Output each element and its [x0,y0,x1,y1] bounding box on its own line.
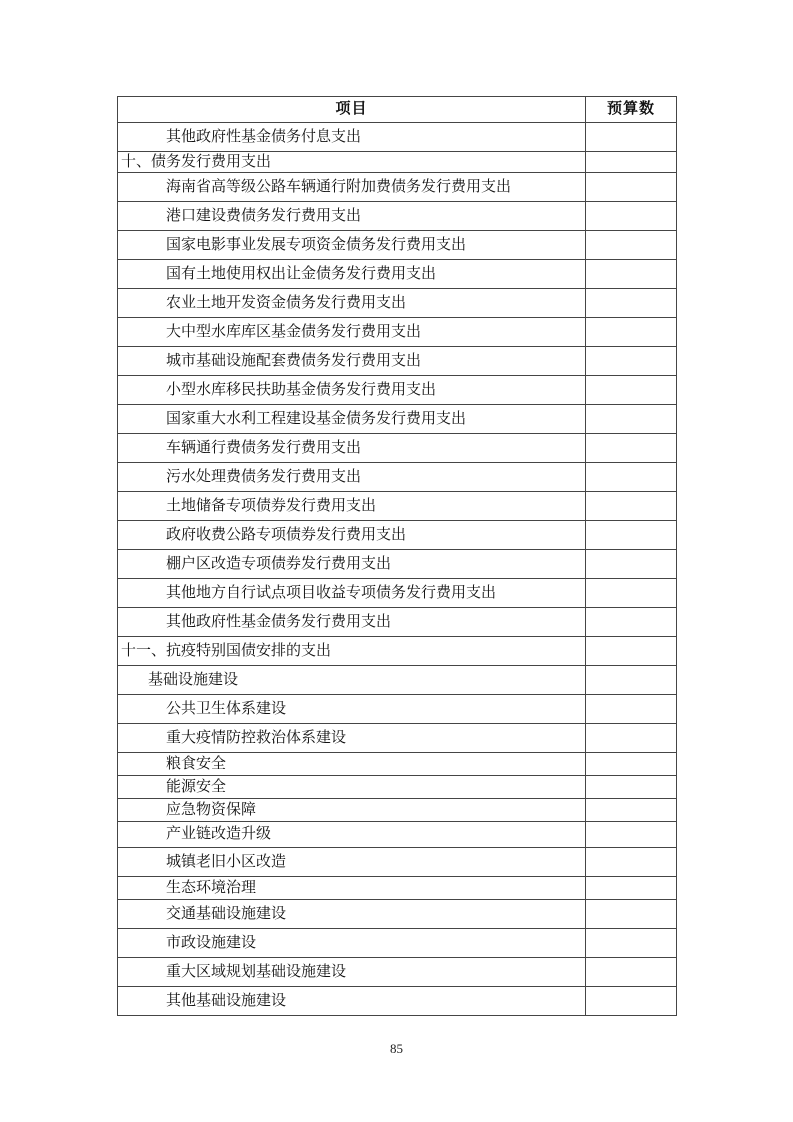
item-cell: 其他政府性基金债务付息支出 [118,123,586,152]
page-number: 85 [0,1041,793,1057]
budget-cell [586,521,677,550]
table-row: 产业链改造升级 [118,822,677,848]
table-row: 车辆通行费债务发行费用支出 [118,434,677,463]
budget-cell [586,202,677,231]
table-row: 国有土地使用权出让金债务发行费用支出 [118,260,677,289]
table-row: 小型水库移民扶助基金债务发行费用支出 [118,376,677,405]
budget-cell [586,753,677,776]
item-cell: 污水处理费债务发行费用支出 [118,463,586,492]
table-row: 重大疫情防控救治体系建设 [118,724,677,753]
budget-cell [586,799,677,822]
budget-cell [586,405,677,434]
budget-cell [586,231,677,260]
budget-cell [586,318,677,347]
item-cell: 国有土地使用权出让金债务发行费用支出 [118,260,586,289]
item-cell: 市政设施建设 [118,929,586,958]
table-row: 其他政府性基金债务付息支出 [118,123,677,152]
budget-cell [586,152,677,173]
budget-cell [586,289,677,318]
budget-cell [586,492,677,521]
table-row: 其他基础设施建设 [118,987,677,1016]
table-row: 交通基础设施建设 [118,900,677,929]
budget-cell [586,123,677,152]
table-row: 基础设施建设 [118,666,677,695]
item-cell: 其他基础设施建设 [118,987,586,1016]
table-row: 应急物资保障 [118,799,677,822]
table-row: 市政设施建设 [118,929,677,958]
budget-cell [586,666,677,695]
table-body: 其他政府性基金债务付息支出十、债务发行费用支出海南省高等级公路车辆通行附加费债务… [118,123,677,1016]
table-row: 港口建设费债务发行费用支出 [118,202,677,231]
document-page: 项目 预算数 其他政府性基金债务付息支出十、债务发行费用支出海南省高等级公路车辆… [0,0,793,1122]
item-cell: 生态环境治理 [118,877,586,900]
item-cell: 政府收费公路专项债券发行费用支出 [118,521,586,550]
item-cell: 港口建设费债务发行费用支出 [118,202,586,231]
item-cell: 农业土地开发资金债务发行费用支出 [118,289,586,318]
table-row: 城镇老旧小区改造 [118,848,677,877]
budget-cell [586,724,677,753]
item-cell: 基础设施建设 [118,666,586,695]
budget-cell [586,848,677,877]
item-cell: 土地储备专项债券发行费用支出 [118,492,586,521]
item-cell: 产业链改造升级 [118,822,586,848]
table-row: 城市基础设施配套费债务发行费用支出 [118,347,677,376]
budget-cell [586,550,677,579]
table-row: 海南省高等级公路车辆通行附加费债务发行费用支出 [118,173,677,202]
budget-cell [586,347,677,376]
budget-cell [586,900,677,929]
budget-cell [586,987,677,1016]
table-row: 生态环境治理 [118,877,677,900]
item-cell: 十、债务发行费用支出 [118,152,586,173]
table-row: 棚户区改造专项债券发行费用支出 [118,550,677,579]
budget-cell [586,173,677,202]
table-row: 能源安全 [118,776,677,799]
item-cell: 能源安全 [118,776,586,799]
budget-cell [586,260,677,289]
item-cell: 国家电影事业发展专项资金债务发行费用支出 [118,231,586,260]
item-cell: 其他地方自行试点项目收益专项债务发行费用支出 [118,579,586,608]
item-cell: 粮食安全 [118,753,586,776]
item-cell: 小型水库移民扶助基金债务发行费用支出 [118,376,586,405]
item-cell: 大中型水库库区基金债务发行费用支出 [118,318,586,347]
table-row: 其他政府性基金债务发行费用支出 [118,608,677,637]
table-header-row: 项目 预算数 [118,97,677,123]
item-cell: 其他政府性基金债务发行费用支出 [118,608,586,637]
table-row: 国家重大水利工程建设基金债务发行费用支出 [118,405,677,434]
budget-cell [586,637,677,666]
budget-cell [586,463,677,492]
column-header-budget: 预算数 [586,97,677,123]
table-row: 政府收费公路专项债券发行费用支出 [118,521,677,550]
item-cell: 十一、抗疫特别国债安排的支出 [118,637,586,666]
table-row: 污水处理费债务发行费用支出 [118,463,677,492]
item-cell: 国家重大水利工程建设基金债务发行费用支出 [118,405,586,434]
budget-cell [586,958,677,987]
budget-cell [586,929,677,958]
table-row: 粮食安全 [118,753,677,776]
table-row: 国家电影事业发展专项资金债务发行费用支出 [118,231,677,260]
table-row: 农业土地开发资金债务发行费用支出 [118,289,677,318]
table-row: 十一、抗疫特别国债安排的支出 [118,637,677,666]
item-cell: 重大疫情防控救治体系建设 [118,724,586,753]
table-row: 十、债务发行费用支出 [118,152,677,173]
item-cell: 城市基础设施配套费债务发行费用支出 [118,347,586,376]
budget-cell [586,822,677,848]
table-row: 其他地方自行试点项目收益专项债务发行费用支出 [118,579,677,608]
budget-cell [586,776,677,799]
item-cell: 重大区域规划基础设施建设 [118,958,586,987]
budget-cell [586,434,677,463]
item-cell: 棚户区改造专项债券发行费用支出 [118,550,586,579]
item-cell: 城镇老旧小区改造 [118,848,586,877]
budget-cell [586,877,677,900]
budget-cell [586,579,677,608]
item-cell: 交通基础设施建设 [118,900,586,929]
column-header-item: 项目 [118,97,586,123]
budget-cell [586,376,677,405]
table-row: 大中型水库库区基金债务发行费用支出 [118,318,677,347]
item-cell: 海南省高等级公路车辆通行附加费债务发行费用支出 [118,173,586,202]
budget-cell [586,695,677,724]
item-cell: 车辆通行费债务发行费用支出 [118,434,586,463]
item-cell: 应急物资保障 [118,799,586,822]
table-row: 公共卫生体系建设 [118,695,677,724]
budget-cell [586,608,677,637]
budget-table: 项目 预算数 其他政府性基金债务付息支出十、债务发行费用支出海南省高等级公路车辆… [117,96,677,1016]
item-cell: 公共卫生体系建设 [118,695,586,724]
table-row: 重大区域规划基础设施建设 [118,958,677,987]
table-row: 土地储备专项债券发行费用支出 [118,492,677,521]
